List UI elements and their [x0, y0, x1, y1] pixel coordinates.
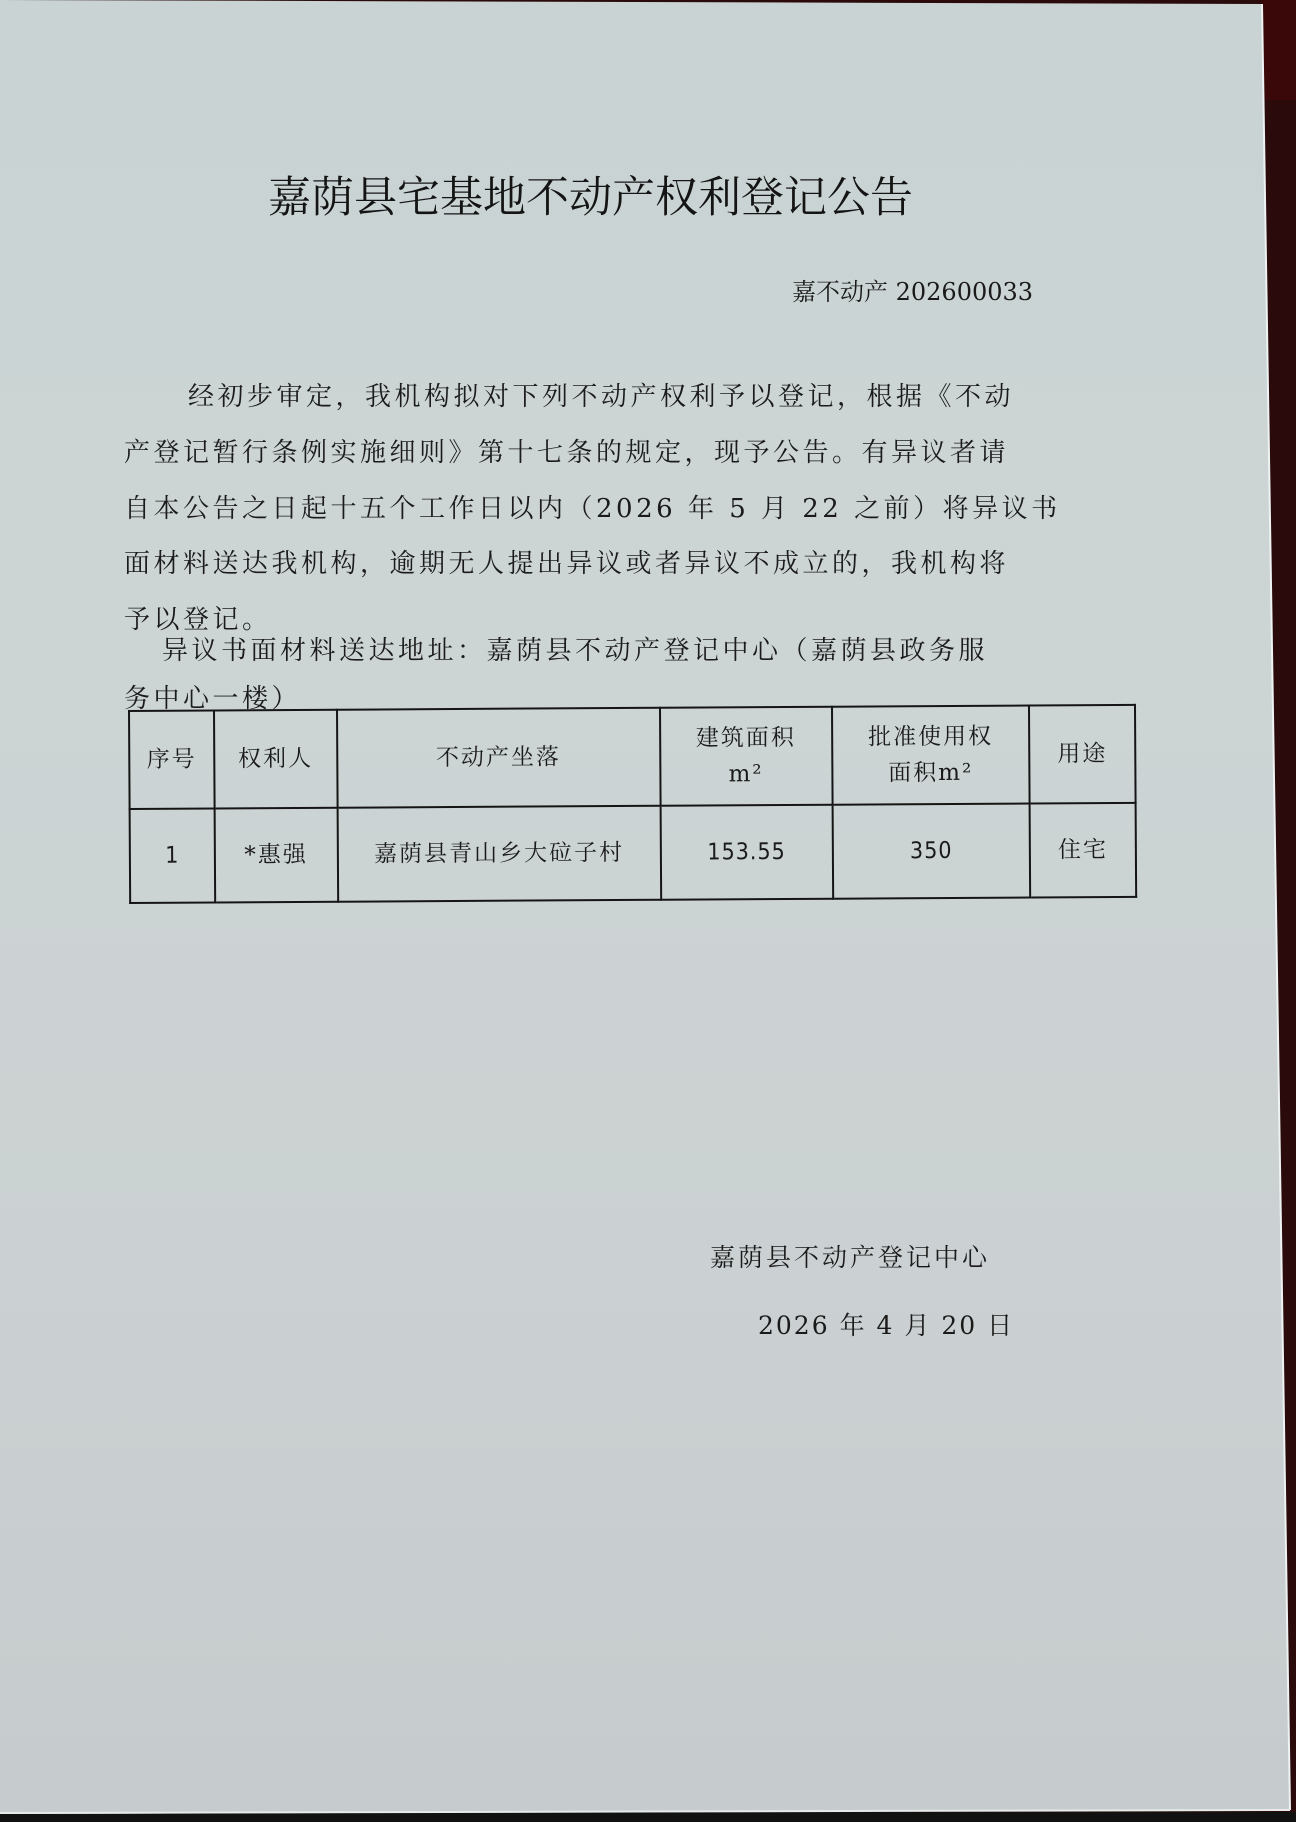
cell-approved-area: 350 — [832, 803, 1030, 898]
background-surface-bottom — [0, 1812, 1296, 1822]
cell-building-area: 153.55 — [660, 805, 832, 900]
header-usage: 用途 — [1029, 705, 1135, 804]
table-row: 1 *惠强 嘉荫县青山乡大砬子村 153.55 350 住宅 — [130, 803, 1137, 903]
signature-organization: 嘉荫县不动产登记中心 — [710, 1238, 990, 1274]
body-line-2: 产登记暂行条例实施细则》第十七条的规定，现予公告。有异议者请 — [124, 432, 1134, 469]
registration-table: 序号 权利人 不动产坐落 建筑面积 m² 批准使用权 面积m² 用途 1 *惠强… — [128, 704, 1137, 904]
cell-index: 1 — [130, 808, 215, 903]
cell-owner: *惠强 — [214, 808, 337, 903]
background-surface — [1262, 0, 1296, 100]
address-line-1: 异议书面材料送达地址：嘉荫县不动产登记中心（嘉荫县政务服 — [162, 630, 1172, 667]
header-location: 不动产坐落 — [337, 708, 661, 808]
header-index: 序号 — [129, 710, 214, 809]
paper-sheet — [0, 0, 1292, 1814]
table-header-row: 序号 权利人 不动产坐落 建筑面积 m² 批准使用权 面积m² 用途 — [129, 705, 1136, 809]
body-line-3: 自本公告之日起十五个工作日以内（2026 年 5 月 22 之前）将异议书 — [124, 488, 1134, 525]
header-building-area: 建筑面积 m² — [660, 707, 832, 806]
header-owner: 权利人 — [214, 710, 337, 809]
body-line-1: 经初步审定，我机构拟对下列不动产权利予以登记，根据《不动 — [188, 376, 1198, 413]
header-building-area-line1: 建筑面积 — [665, 720, 827, 757]
header-building-area-unit: m² — [665, 756, 827, 793]
header-approved-area-line1: 批准使用权 — [837, 719, 1025, 756]
document-number: 嘉不动产 202600033 — [792, 272, 1033, 307]
header-approved-area: 批准使用权 面积m² — [832, 705, 1030, 804]
cell-location: 嘉荫县青山乡大砬子村 — [337, 806, 661, 902]
header-approved-area-line2: 面积m² — [837, 755, 1025, 792]
body-line-4: 面材料送达我机构，逾期无人提出异议或者异议不成立的，我机构将 — [124, 543, 1134, 580]
cell-usage: 住宅 — [1030, 803, 1136, 898]
document-title: 嘉荫县宅基地不动产权利登记公告 — [268, 164, 1008, 225]
signature-date: 2026 年 4 月 20 日 — [758, 1306, 1014, 1342]
